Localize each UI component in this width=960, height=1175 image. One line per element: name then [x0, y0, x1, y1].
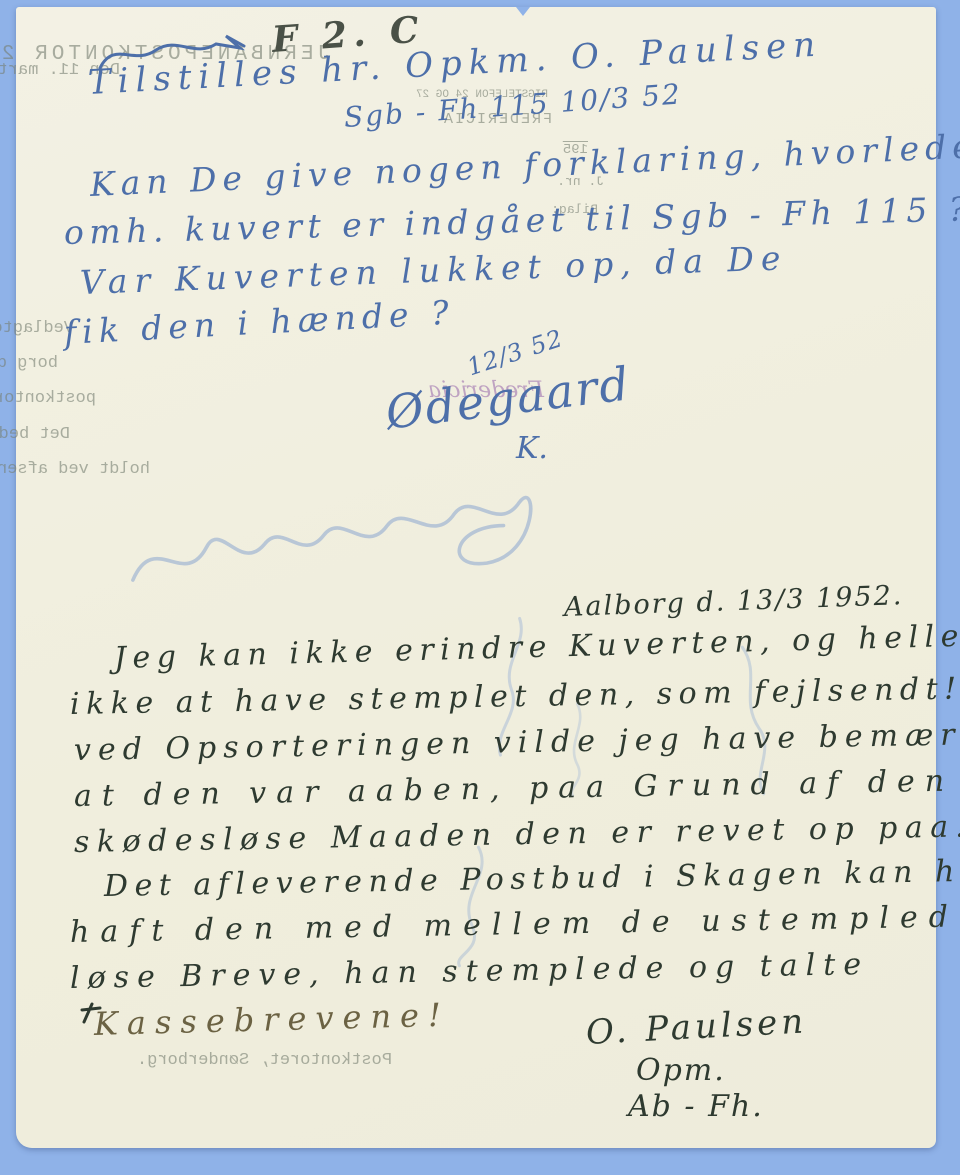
- scanned-letter: JERNBANEPOSTKONTOR 2 Den 11. marts 1952.…: [0, 0, 960, 1175]
- ghost-body-line: postkontoret indeholdende den postsagsku…: [0, 390, 96, 407]
- pen-tick: [80, 1000, 106, 1030]
- forward-signature-initial: K.: [516, 434, 548, 464]
- paper-top-notch: [516, 7, 530, 16]
- ghost-body-line: Det bedes om muligt oplyst, hvad kuverte…: [0, 426, 70, 443]
- reply-body-line: Kassebrevene!: [94, 999, 451, 1040]
- ghost-footer-office: Postkontoret, Sønderborg.: [120, 1052, 392, 1069]
- reply-signature-title: Opm.: [636, 1056, 726, 1086]
- reply-signature: O. Paulsen: [585, 1004, 808, 1050]
- ghost-body-line: holdt ved afsendelsen fra Sønderborg.: [0, 461, 150, 478]
- reply-signature-route: Ab - Fh.: [628, 1092, 764, 1122]
- ghost-body-line: borg den 3.d.m., er den dags morgen indl…: [0, 355, 58, 372]
